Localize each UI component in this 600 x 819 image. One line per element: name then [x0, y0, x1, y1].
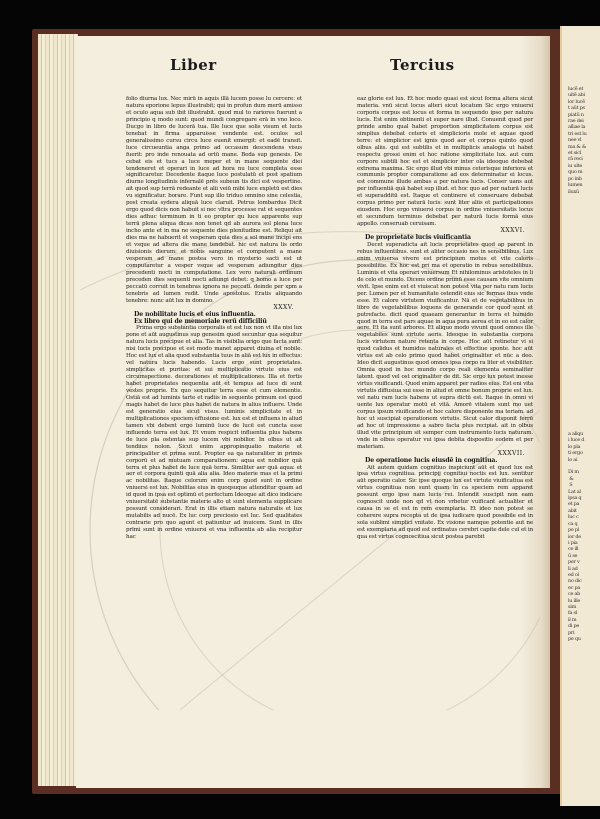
page-edges [38, 34, 78, 786]
facing-page: lucē et uitē abi lor lucē t aūt ps piatū… [560, 26, 600, 806]
text-column-right: eaz glorie est lux. Et hoc modo quasi es… [357, 96, 533, 541]
facing-page-text-top: lucē et uitē abi lor lucē t aūt ps piatū… [568, 86, 600, 195]
chapter-title: De proprietate lucis viuificantia [365, 235, 533, 242]
paragraph: eaz glorie est lux. Et hoc modo quasi es… [357, 96, 533, 228]
running-header-right: Tercius [390, 56, 455, 74]
chapter-text: Decet superadicta ait lucis proprietates… [357, 242, 533, 451]
paragraph: folio diurna lux. Nec mirū in aquis illā… [126, 96, 302, 305]
text-column-left: folio diurna lux. Nec mirū in aquis illā… [126, 96, 302, 541]
chapter-title: De operatione lucis eiusdē in cognitiua. [365, 458, 533, 465]
chapter-text: Ait autem quidam cognitiuo inspiciunt aū… [357, 465, 533, 541]
chapter-subtitle: Ex libro qui de memoriale rerū difficili… [134, 319, 302, 326]
chapter-text: Prima ergo substantia corporalis et est … [126, 325, 302, 541]
running-header-left: Liber [170, 56, 217, 74]
facing-page-text-bottom: a aliqu i luce d lo pla ti ergo lo ai Di… [568, 431, 600, 642]
